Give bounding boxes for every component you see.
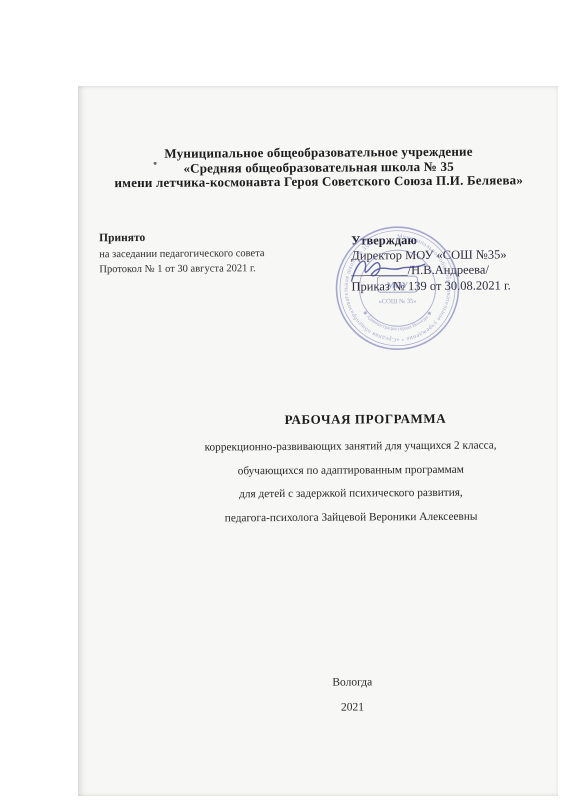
stamp-center-subtext: «СОШ № 35» — [379, 298, 417, 305]
footer-year: 2021 — [137, 694, 565, 722]
program-title: РАБОЧАЯ ПРОГРАММА — [135, 410, 565, 429]
footer-city: Вологда — [137, 669, 565, 697]
scan-content: Муниципальное общеобразовательное учрежд… — [0, 0, 565, 800]
program-subtitle-line: обучающихся по адаптированным программам — [136, 458, 565, 485]
program-subtitle-line: педагога-психолога Зайцевой Вероники Але… — [136, 505, 565, 532]
accepted-line: Протокол № 1 от 30 августа 2021 г. — [99, 261, 349, 278]
program-subtitles: коррекционно-развивающих занятий для уча… — [136, 434, 565, 531]
program-subtitle-line: коррекционно-развивающих занятий для уча… — [136, 434, 565, 461]
accepted-block: Принято на заседании педагогического сов… — [99, 230, 349, 278]
accepted-line: на заседании педагогического совета — [99, 245, 349, 262]
ink-speck — [154, 162, 157, 165]
program-subtitle-line: для детей с задержкой психического разви… — [136, 481, 565, 508]
signature-stroke — [351, 261, 425, 282]
school-header: Муниципальное общеобразовательное учрежд… — [89, 144, 549, 191]
header-line: имени летчика-космонавта Героя Советског… — [89, 173, 549, 191]
director-signature-icon — [345, 249, 441, 292]
footer-block: Вологда 2021 — [137, 669, 565, 721]
accepted-title: Принято — [99, 230, 349, 247]
program-title-block: РАБОЧАЯ ПРОГРАММА коррекционно-развивающ… — [135, 410, 565, 531]
